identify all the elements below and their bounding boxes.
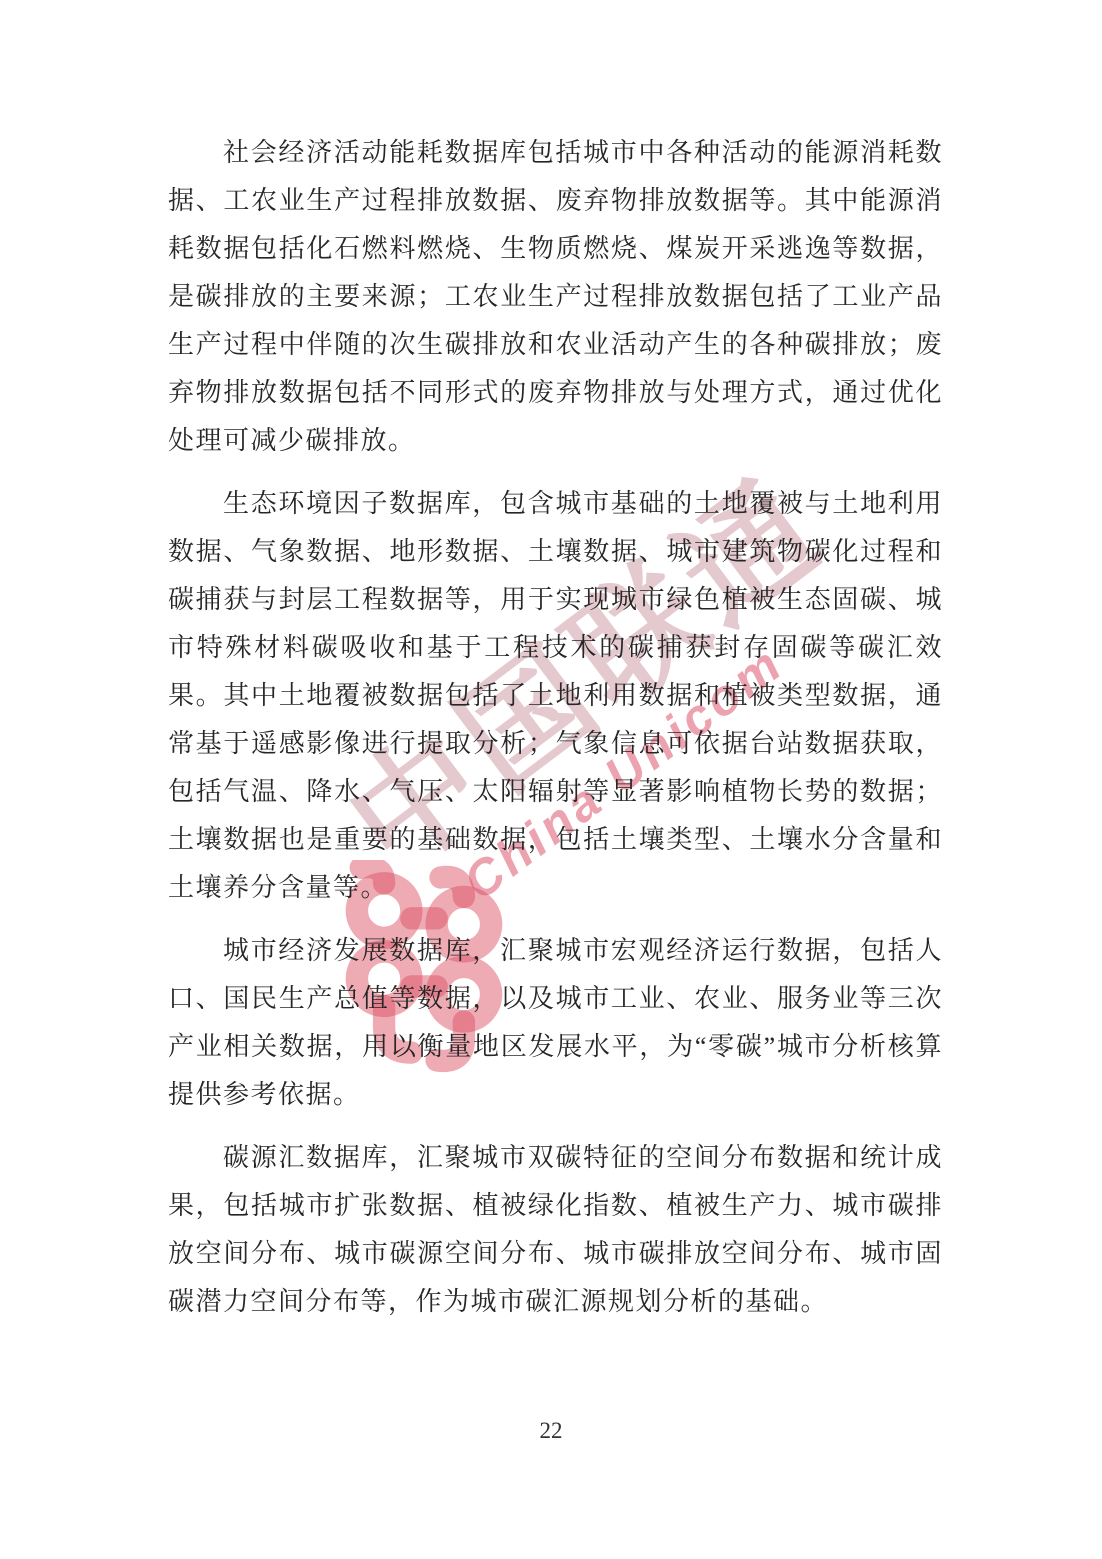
page-number: 22 [0,1418,1102,1444]
body-paragraph-ecology-database: 生态环境因子数据库，包含城市基础的土地覆被与土地利用数据、气象数据、地形数据、土… [168,480,943,912]
body-paragraph-carbon-database: 碳源汇数据库，汇聚城市双碳特征的空间分布数据和统计成果，包括城市扩张数据、植被绿… [168,1134,943,1326]
document-body: 社会经济活动能耗数据库包括城市中各种活动的能源消耗数据、工农业生产过程排放数据、… [168,129,943,1326]
body-paragraph-economy-database: 城市经济发展数据库，汇聚城市宏观经济运行数据，包括人口、国民生产总值等数据，以及… [168,927,943,1119]
body-paragraph-energy-database: 社会经济活动能耗数据库包括城市中各种活动的能源消耗数据、工农业生产过程排放数据、… [168,129,943,465]
document-page: 中国联通 China Unicom 社会经济活动能耗数据 [0,0,1102,1559]
